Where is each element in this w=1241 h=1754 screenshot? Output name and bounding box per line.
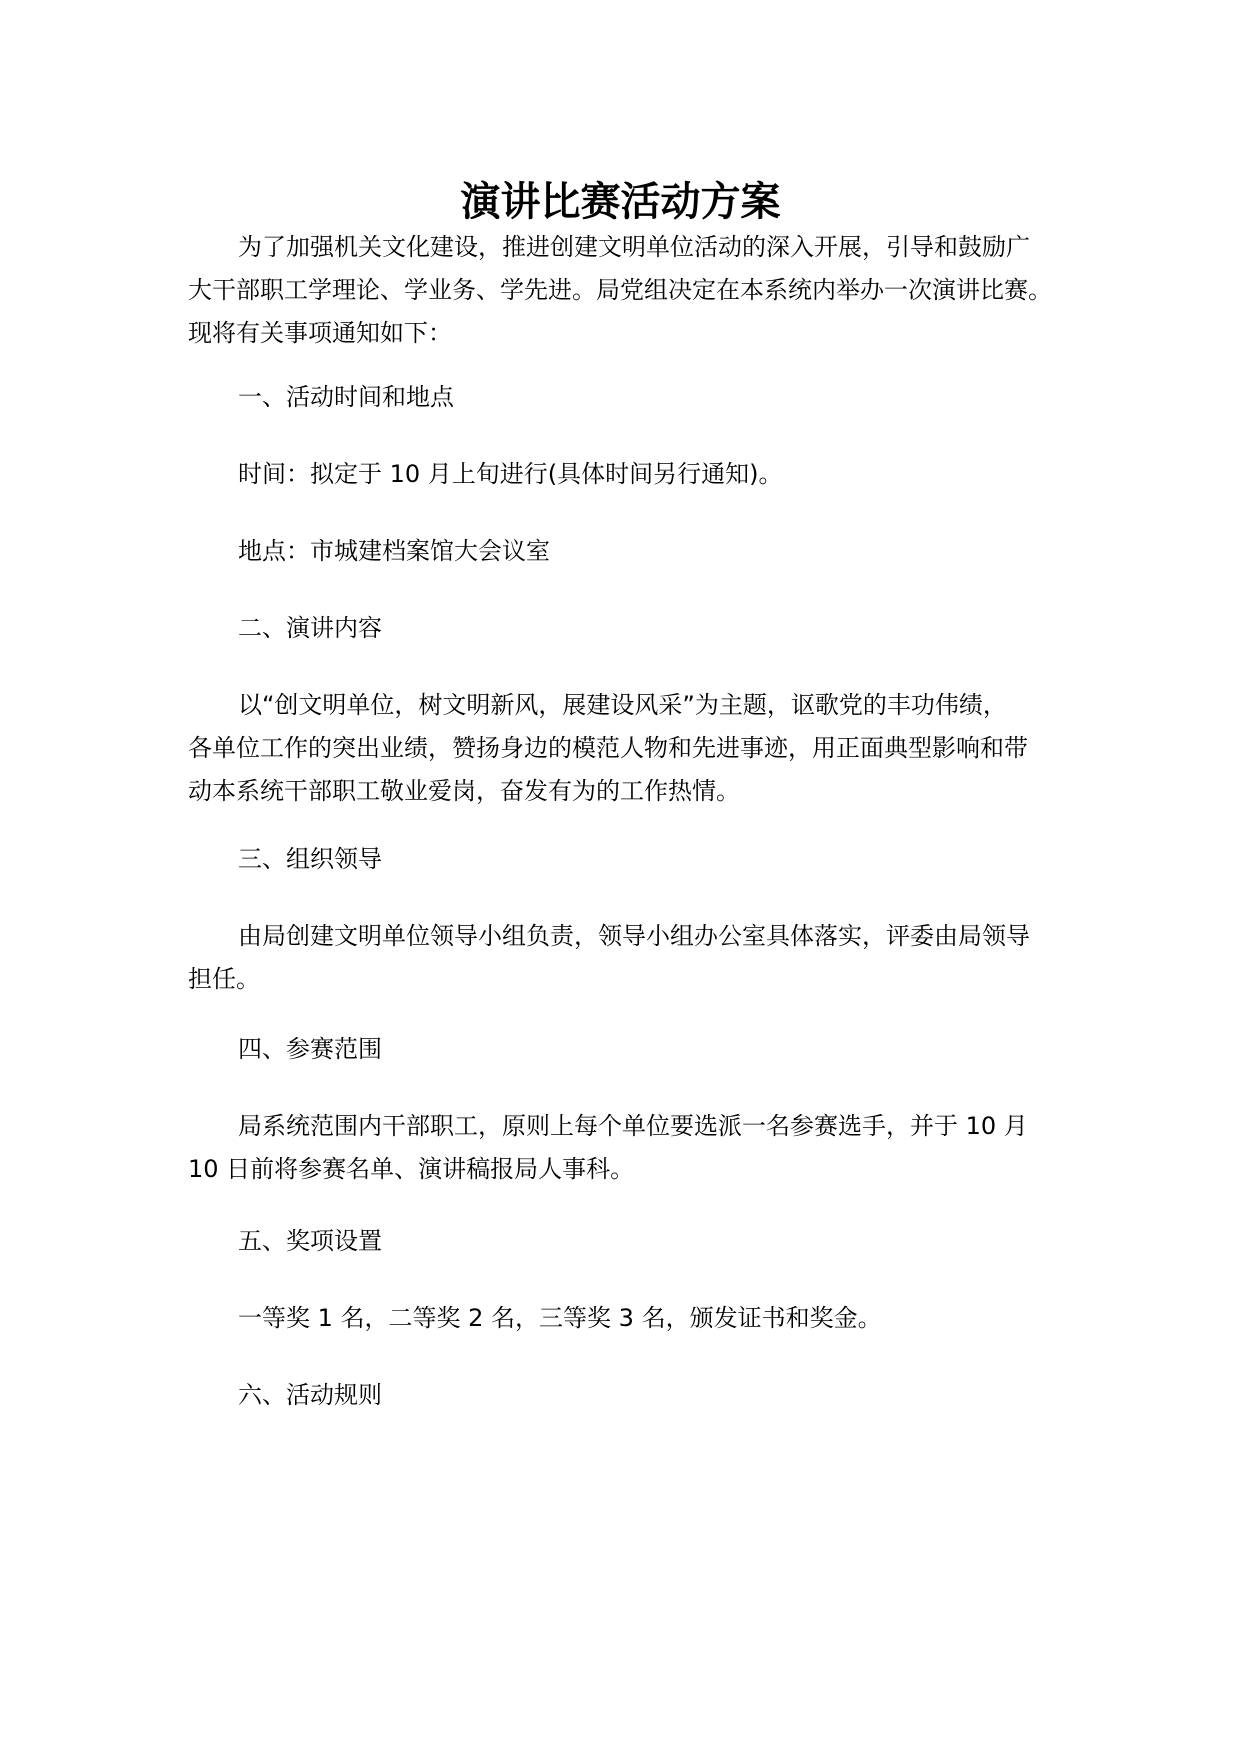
section-3-paragraph: 由局创建文明单位领导小组负责，领导小组办公室具体落实，评委由局领导 担任。 — [188, 915, 1058, 1001]
section-1-time: 时间：拟定于 10 月上旬进行(具体时间另行通知)。 — [188, 453, 1058, 496]
section-2-paragraph: 以“创文明单位，树文明新风，展建设风采”为主题，讴歌党的丰功伟绩， 各单位工作的… — [188, 684, 1058, 813]
intro-line: 为了加强机关文化建设，推进创建文明单位活动的深入开展，引导和鼓励广 — [188, 226, 1058, 269]
paragraph-line: 10 日前将参赛名单、演讲稿报局人事科。 — [188, 1148, 1058, 1191]
paragraph-line: 局系统范围内干部职工，原则上每个单位要选派一名参赛选手，并于 10 月 — [188, 1105, 1058, 1148]
section-5-paragraph: 一等奖 1 名，二等奖 2 名，三等奖 3 名，颁发证书和奖金。 — [188, 1297, 1058, 1340]
section-1-heading: 一、活动时间和地点 — [188, 376, 1058, 419]
paragraph-line: 一等奖 1 名，二等奖 2 名，三等奖 3 名，颁发证书和奖金。 — [188, 1297, 1058, 1340]
section-5-heading: 五、奖项设置 — [188, 1220, 1058, 1263]
document-page: 演讲比赛活动方案 为了加强机关文化建设，推进创建文明单位活动的深入开展，引导和鼓… — [0, 0, 1241, 1754]
section-3-heading: 三、组织领导 — [188, 838, 1058, 881]
paragraph-line: 以“创文明单位，树文明新风，展建设风采”为主题，讴歌党的丰功伟绩， — [188, 684, 1058, 727]
section-heading: 一、活动时间和地点 — [188, 376, 1058, 419]
paragraph-line: 动本系统干部职工敬业爱岗，奋发有为的工作热情。 — [188, 770, 1058, 813]
section-6-heading: 六、活动规则 — [188, 1374, 1058, 1417]
location-line: 地点：市城建档案馆大会议室 — [188, 530, 1058, 573]
section-4-paragraph: 局系统范围内干部职工，原则上每个单位要选派一名参赛选手，并于 10 月 10 日… — [188, 1105, 1058, 1191]
intro-line: 大干部职工学理论、学业务、学先进。局党组决定在本系统内举办一次演讲比赛。 — [188, 269, 1058, 312]
section-1-location: 地点：市城建档案馆大会议室 — [188, 530, 1058, 573]
paragraph-line: 由局创建文明单位领导小组负责，领导小组办公室具体落实，评委由局领导 — [188, 915, 1058, 958]
section-heading: 三、组织领导 — [188, 838, 1058, 881]
intro-line: 现将有关事项通知如下： — [188, 312, 1058, 355]
time-line: 时间：拟定于 10 月上旬进行(具体时间另行通知)。 — [188, 453, 1058, 496]
section-heading: 四、参赛范围 — [188, 1028, 1058, 1071]
section-2-heading: 二、演讲内容 — [188, 607, 1058, 650]
document-title: 演讲比赛活动方案 — [0, 176, 1241, 228]
section-heading: 六、活动规则 — [188, 1374, 1058, 1417]
section-heading: 五、奖项设置 — [188, 1220, 1058, 1263]
section-heading: 二、演讲内容 — [188, 607, 1058, 650]
paragraph-line: 各单位工作的突出业绩，赞扬身边的模范人物和先进事迹，用正面典型影响和带 — [188, 727, 1058, 770]
paragraph-line: 担任。 — [188, 958, 1058, 1001]
section-4-heading: 四、参赛范围 — [188, 1028, 1058, 1071]
intro-paragraph: 为了加强机关文化建设，推进创建文明单位活动的深入开展，引导和鼓励广 大干部职工学… — [188, 226, 1058, 355]
